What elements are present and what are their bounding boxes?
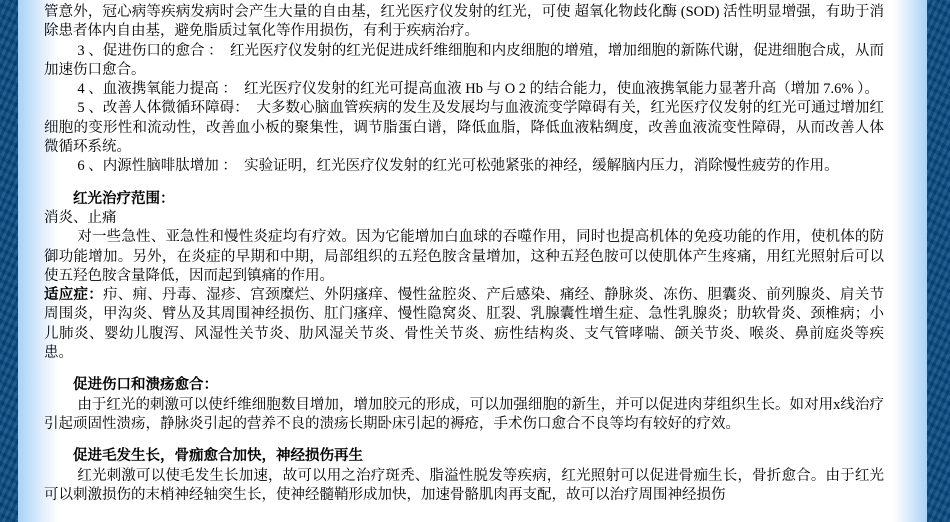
heading-hair-bone-nerve: 促进毛发生长，骨痂愈合加快，神经损伤再生 (44, 447, 884, 466)
paragraph-wound-ulcer-detail: 由于红光的刺激可以使纤维细胞数目增加，增加胶元的形成，可以加强细胞的新生，并可以… (44, 396, 884, 435)
paragraph-inflammation-mechanism: 对一些急性、亚急性和慢性炎症均有疗效。因为它能增加白血球的吞噬作用，同时也提高机… (44, 228, 884, 286)
indications-list: 疖、痈、丹毒、湿疹、宫颈糜烂、外阴瘙痒、慢性盆腔炎、产后感染、痛经、静脉炎、冻伤… (44, 287, 884, 361)
paragraph-indications: 适应症：疖、痈、丹毒、湿疹、宫颈糜烂、外阴瘙痒、慢性盆腔炎、产后感染、痛经、静脉… (44, 286, 884, 363)
benefit-item-endorphin: 6 、内源性脑啡肽增加 ： 实验证明，红光医疗仪发射的红光可松弛紧张的神经，缓解… (44, 157, 884, 176)
benefit-item-oxygen-capacity: 4 、血液携氧能力提高 ： 红光医疗仪发射的红光可提高血液 Hb 与 O 2 的… (44, 80, 884, 99)
heading-treatment-scope: 红光治疗范围： (44, 190, 884, 209)
benefit-item-wound-healing: 3 、促进伤口的愈合 ： 红光医疗仪发射的红光促进成纤维细胞和内皮细胞的增殖，增… (44, 42, 884, 81)
paragraph-free-radical-continuation: 管意外，冠心病等疾病发病时会产生大量的自由基，红光医疗仪发射的红光，可使 超氧化… (44, 3, 884, 42)
left-border-bar (0, 0, 18, 522)
subheading-anti-inflammation-pain-relief: 消炎、止痛 (44, 209, 884, 228)
indications-label: 适应症： (44, 287, 103, 303)
paragraph-hair-bone-nerve-detail: 红光刺激可以使毛发生长加速，故可以用之治疗斑秃、脂溢性脱发等疾病，红光照射可以促… (44, 467, 884, 506)
heading-wound-ulcer-healing: 促进伤口和溃疡愈合： (44, 376, 884, 395)
benefit-item-microcirculation: 5 、改善人体微循环障碍： 大多数心脑血管疾病的发生及发展均与血液流变学障碍有关… (44, 99, 884, 157)
right-border-bar (927, 0, 950, 522)
right-fade-gradient (893, 0, 927, 522)
article-content: 管意外，冠心病等疾病发病时会产生大量的自由基，红光医疗仪发射的红光，可使 超氧化… (44, 3, 884, 505)
